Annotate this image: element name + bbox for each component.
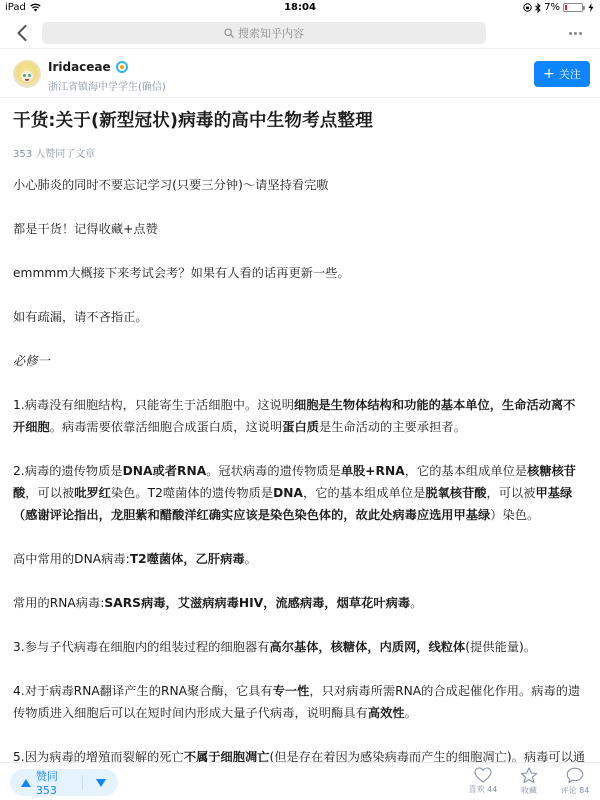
text-run: ，它的基本组成单位是	[405, 464, 527, 478]
triangle-down-icon	[96, 779, 106, 787]
search-icon	[224, 28, 234, 38]
bold-text: 吡罗红	[74, 486, 111, 500]
status-bar: iPad 18:04 7%	[0, 0, 600, 17]
article: 干货:关于(新型冠状)病毒的高中生物考点整理 353 人赞同了文章 小心肺炎的同…	[0, 98, 600, 738]
bold-text: （感谢评论指出，龙胆紫和醋酸洋红确实应该是染色染色体的，故此处病毒应选用甲基绿	[13, 508, 490, 522]
bold-text: T2噬菌体，乙肝病毒	[130, 552, 245, 566]
heart-icon	[474, 767, 492, 783]
more-dot-icon	[574, 32, 577, 35]
bold-text: 高效性	[368, 706, 405, 720]
text-run: 1.病毒没有细胞结构，只能寄生于活细胞中。这说明	[13, 398, 294, 412]
likes-count-line: 353 人赞同了文章	[13, 145, 587, 160]
author-description: 浙江省镇海中学学生(确信)	[48, 78, 166, 93]
follow-label: 关注	[559, 66, 581, 82]
more-options-button[interactable]	[564, 23, 586, 43]
text-run: (提供能量)。	[465, 640, 536, 654]
bold-text: 蛋白质	[282, 420, 319, 434]
star-icon	[520, 767, 538, 784]
vote-group: 赞同 353	[10, 769, 118, 796]
article-title: 干货:关于(新型冠状)病毒的高中生物考点整理	[13, 109, 587, 133]
bluetooth-icon	[535, 3, 541, 13]
bold-text: SARS病毒，艾滋病病毒HIV，流感病毒，烟草花叶病毒	[104, 596, 410, 610]
more-dot-icon	[579, 32, 582, 35]
comment-icon	[566, 767, 584, 784]
status-right: 7%	[523, 2, 594, 13]
article-paragraph: 3.参与子代病毒在细胞内的组装过程的细胞器有高尔基体，核糖体，内质网，线粒体(提…	[13, 636, 587, 658]
text-run: ，可以被	[487, 486, 536, 500]
author-name[interactable]: Iridaceae	[48, 60, 111, 74]
article-body: 小心肺炎的同时不要忘记学习(只要三分钟)～请坚持看完嗷都是干货！记得收藏+点赞e…	[13, 174, 587, 790]
author-name-row: Iridaceae	[48, 60, 128, 74]
like-label: 喜欢 44	[469, 784, 498, 795]
bold-text: 单股+RNA	[341, 464, 405, 478]
more-dot-icon	[569, 32, 572, 35]
text-run: 。	[405, 706, 417, 720]
article-paragraph: emmmm大概接下来考试会考？如果有人看的话再更新一些。	[13, 262, 587, 284]
text-run: 。	[245, 552, 257, 566]
downvote-button[interactable]	[83, 769, 118, 796]
text-run: 。冠状病毒的遗传物质是	[206, 464, 341, 478]
search-placeholder: 搜索知乎内容	[238, 25, 304, 41]
charging-icon	[588, 3, 594, 12]
comment-button[interactable]: 评论 84	[560, 767, 590, 796]
bold-text: DNA或者RNA	[123, 464, 207, 478]
plus-icon: +	[543, 67, 555, 81]
battery-percent: 7%	[544, 2, 560, 13]
avatar[interactable]	[13, 60, 41, 88]
text-run: 都是干货！记得收藏+点赞	[13, 222, 158, 236]
text-run: 4.对于病毒RNA翻译产生的RNA聚合酶，它具有	[13, 684, 273, 698]
text-run: 染色。T2噬菌体的遗传物质是	[111, 486, 273, 500]
orientation-lock-icon	[523, 3, 532, 12]
back-button[interactable]	[12, 21, 32, 45]
text-run: ，可以被	[25, 486, 74, 500]
bold-text: 专一性	[273, 684, 310, 698]
bold-text: 高尔基体，核糖体，内质网，线粒体	[269, 640, 465, 654]
article-paragraph: 小心肺炎的同时不要忘记学习(只要三分钟)～请坚持看完嗷	[13, 174, 587, 196]
comment-label: 评论 84	[561, 785, 590, 796]
article-paragraph: 必修一	[13, 350, 587, 372]
bold-text: DNA	[273, 486, 303, 500]
article-paragraph: 常用的RNA病毒:SARS病毒，艾滋病病毒HIV，流感病毒，烟草花叶病毒。	[13, 592, 587, 614]
text-run: 。	[410, 596, 422, 610]
author-bar: Iridaceae 浙江省镇海中学学生(确信)	[0, 50, 600, 98]
text-run: 。病毒需要依靠活细胞合成蛋白质，这说明	[50, 420, 283, 434]
article-paragraph: 1.病毒没有细胞结构，只能寄生于活细胞中。这说明细胞是生物体结构和功能的基本单位…	[13, 394, 587, 438]
battery-icon	[563, 3, 583, 12]
bold-text: 脱氧核苷酸	[425, 486, 486, 500]
favorite-label: 收藏	[521, 785, 537, 796]
search-input[interactable]: 搜索知乎内容	[42, 22, 486, 44]
text-run: 常用的RNA病毒:	[13, 596, 104, 610]
text-run: 2.病毒的遗传物质是	[13, 464, 123, 478]
text-run: emmmm大概接下来考试会考？如果有人看的话再更新一些。	[13, 266, 350, 280]
text-run: 如有疏漏，请不吝指正。	[13, 310, 148, 324]
triangle-up-icon	[21, 779, 31, 787]
upvote-button[interactable]: 赞同 353	[10, 769, 82, 796]
article-paragraph: 2.病毒的遗传物质是DNA或者RNA。冠状病毒的遗传物质是单股+RNA，它的基本…	[13, 460, 587, 526]
article-paragraph: 4.对于病毒RNA翻译产生的RNA聚合酶，它具有专一性，只对病毒所需RNA的合成…	[13, 680, 587, 724]
text-run: 小心肺炎的同时不要忘记学习(只要三分钟)～请坚持看完嗷	[13, 178, 329, 192]
verified-badge-icon	[116, 61, 128, 73]
article-paragraph: 都是干货！记得收藏+点赞	[13, 218, 587, 240]
like-button[interactable]: 喜欢 44	[468, 767, 498, 796]
text-run: ，它的基本组成单位是	[303, 486, 425, 500]
text-run: 是生命活动的主要承担者。	[319, 420, 466, 434]
text-run: ）染色。	[490, 508, 539, 522]
text-run: 3.参与子代病毒在细胞内的组装过程的细胞器有	[13, 640, 269, 654]
upvote-label: 赞同 353	[36, 768, 82, 797]
italic-heading: 必修一	[13, 354, 50, 368]
clock: 18:04	[0, 2, 600, 13]
bold-text: 甲基绿	[536, 486, 573, 500]
favorite-button[interactable]: 收藏	[514, 767, 544, 796]
chevron-left-icon	[17, 25, 27, 41]
article-paragraph: 如有疏漏，请不吝指正。	[13, 306, 587, 328]
follow-button[interactable]: + 关注	[534, 61, 590, 87]
text-run: 高中常用的DNA病毒:	[13, 552, 130, 566]
article-paragraph: 高中常用的DNA病毒:T2噬菌体，乙肝病毒。	[13, 548, 587, 570]
nav-bar: 搜索知乎内容	[0, 17, 600, 49]
action-group: 喜欢 44 收藏 评论 84	[468, 767, 590, 796]
bottom-action-bar: 赞同 353 喜欢 44 收藏 评论 84	[0, 762, 600, 800]
